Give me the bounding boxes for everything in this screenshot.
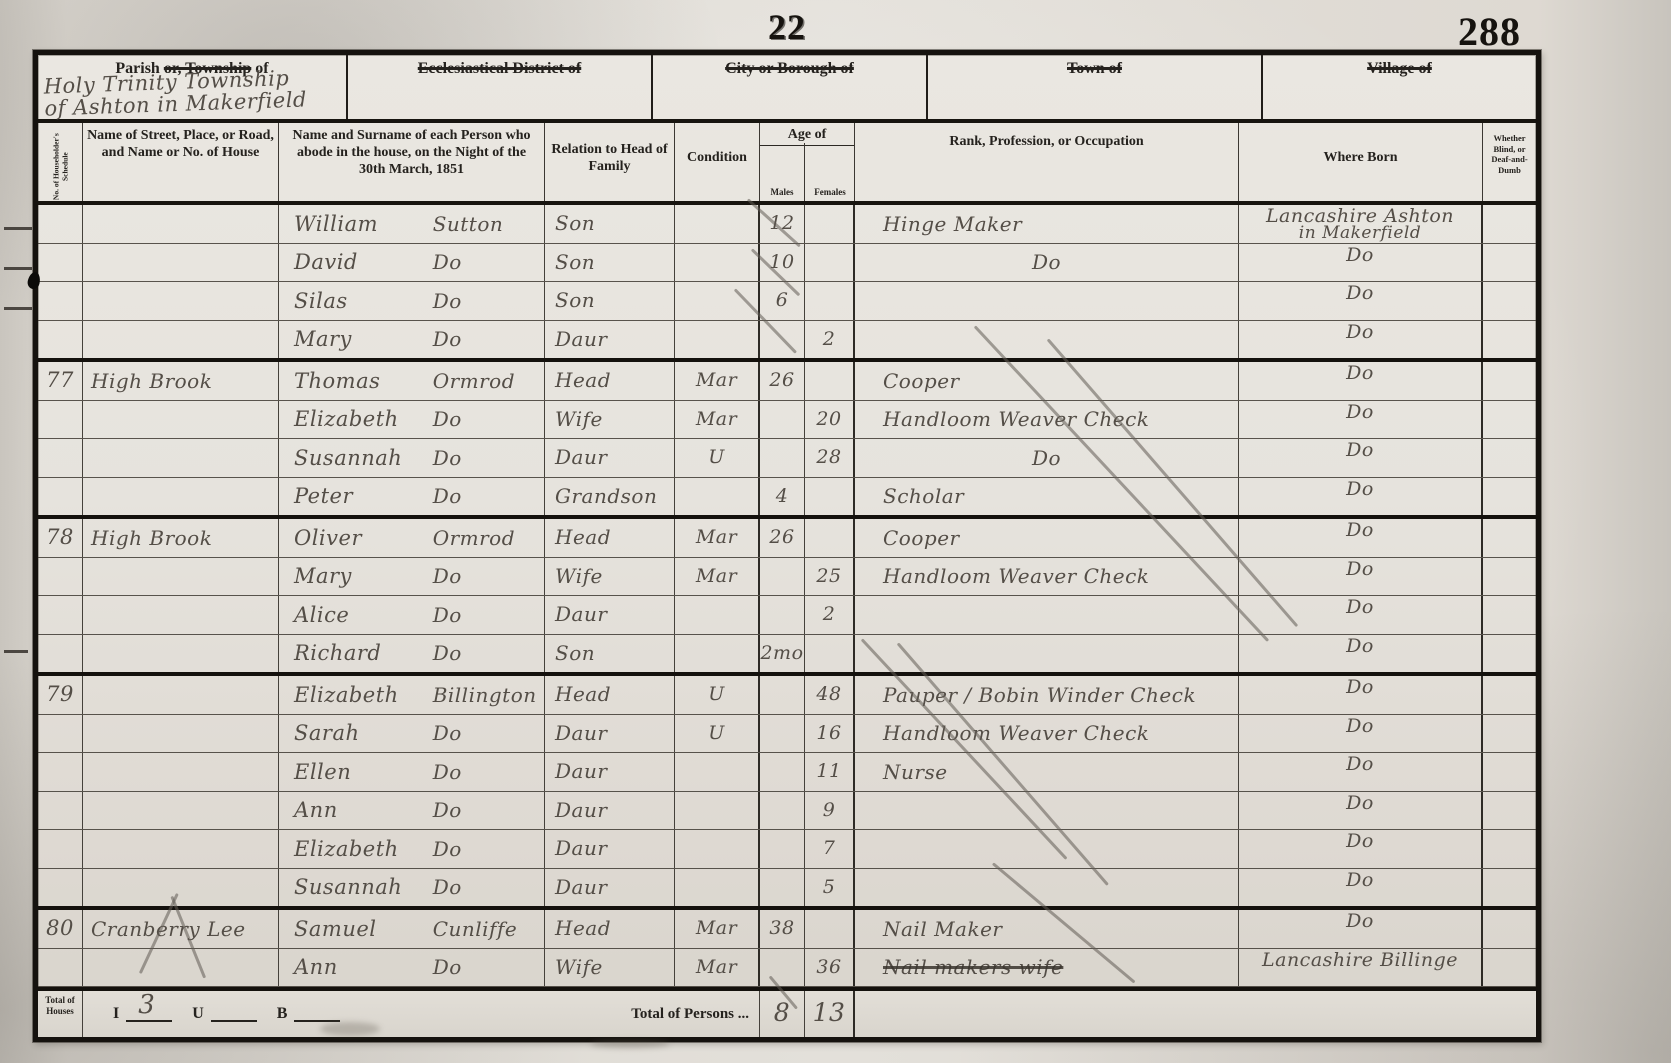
schedule-number-cell <box>38 558 83 596</box>
condition-cell <box>675 753 760 791</box>
infirm-cell <box>1483 478 1536 516</box>
name-cell: Alice Do <box>279 596 545 634</box>
col-header-age: Age of Males Females <box>760 123 855 201</box>
age-males-cell <box>760 401 805 439</box>
condition-cell <box>675 478 760 516</box>
street-cell: High Brook <box>83 362 279 400</box>
relation-cell: Head <box>545 362 675 400</box>
relation-cell: Daur <box>545 830 675 868</box>
street-cell <box>83 635 279 673</box>
schedule-number-cell: 77 <box>38 362 83 400</box>
name-cell: Ann Do <box>279 949 545 987</box>
town-header-cell: Town of <box>928 55 1263 119</box>
age-males-cell: 38 <box>760 910 805 948</box>
surname-or-ditto: Do <box>433 327 462 351</box>
tally-line <box>211 1006 257 1022</box>
relation-cell: Daur <box>545 792 675 830</box>
schedule-number-cell <box>38 205 83 243</box>
street-cell <box>83 792 279 830</box>
scan-smudge <box>590 1040 670 1048</box>
age-males-cell <box>760 715 805 753</box>
table-row: Elizabeth Do Wife Mar 20 Handloom Weaver… <box>38 401 1536 440</box>
infirm-cell <box>1483 869 1536 907</box>
infirm-cell <box>1483 910 1536 948</box>
where-born-cell: Do <box>1239 244 1483 282</box>
table-row: Sarah Do Daur U 16 Handloom Weaver Check… <box>38 715 1536 754</box>
age-females-cell <box>805 635 855 673</box>
surname-or-ditto: Ormrod <box>433 526 515 550</box>
age-females-cell <box>805 478 855 516</box>
age-males-cell <box>760 676 805 714</box>
condition-cell <box>675 830 760 868</box>
age-females-cell: 28 <box>805 439 855 477</box>
age-females-cell: 25 <box>805 558 855 596</box>
given-name: Elizabeth <box>279 683 433 707</box>
table-row: Silas Do Son 6 Do <box>38 282 1536 321</box>
occupation-cell <box>855 282 1239 320</box>
occupation-cell <box>855 596 1239 634</box>
table-row: Mary Do Wife Mar 25 Handloom Weaver Chec… <box>38 558 1536 597</box>
infirm-cell <box>1483 676 1536 714</box>
infirm-cell <box>1483 715 1536 753</box>
infirm-cell <box>1483 321 1536 359</box>
relation-cell: Daur <box>545 715 675 753</box>
surname-or-ditto: Do <box>433 407 462 431</box>
age-females-cell: 16 <box>805 715 855 753</box>
col-header-infirm: Whether Blind, or Deaf-and-Dumb <box>1483 123 1536 201</box>
where-born-cell: Lancashire Ashton in Makerfield <box>1239 205 1483 243</box>
occupation-cell: Do <box>855 244 1239 282</box>
street-cell <box>83 282 279 320</box>
street-cell <box>83 321 279 359</box>
given-name: Elizabeth <box>279 837 433 861</box>
relation-cell: Son <box>545 244 675 282</box>
surname-or-ditto: Do <box>433 446 462 470</box>
occupation-cell <box>855 869 1239 907</box>
condition-cell: Mar <box>675 362 760 400</box>
ecclesiastical-header-cell: Ecclesiastical District of <box>348 55 653 119</box>
age-females-cell <box>805 362 855 400</box>
given-name: Silas <box>279 289 433 313</box>
occupation-cell: Handloom Weaver Check <box>855 558 1239 596</box>
schedule-number-cell <box>38 439 83 477</box>
age-females-cell: 7 <box>805 830 855 868</box>
tally-letter-building: B <box>277 1005 288 1023</box>
name-cell: Elizabeth Billington <box>279 676 545 714</box>
name-cell: Peter Do <box>279 478 545 516</box>
where-born-cell: Do <box>1239 478 1483 516</box>
infirm-cell <box>1483 439 1536 477</box>
scan-smudge <box>320 1022 380 1036</box>
condition-cell <box>675 635 760 673</box>
margin-dash <box>4 650 28 653</box>
relation-cell: Wife <box>545 401 675 439</box>
schedule-number-cell <box>38 635 83 673</box>
infirm-cell <box>1483 362 1536 400</box>
tally-letter-inhabited: I <box>113 1005 119 1023</box>
age-females-cell <box>805 205 855 243</box>
relation-cell: Wife <box>545 558 675 596</box>
given-name: Elizabeth <box>279 407 433 431</box>
surname-or-ditto: Do <box>433 641 462 665</box>
surname-or-ditto: Billington <box>433 683 537 707</box>
schedule-number-cell <box>38 321 83 359</box>
name-cell: William Sutton <box>279 205 545 243</box>
tally-line <box>294 1006 340 1022</box>
condition-cell: Mar <box>675 949 760 987</box>
schedule-number-cell <box>38 949 83 987</box>
infirm-cell <box>1483 401 1536 439</box>
total-houses-label: Total of Houses <box>38 991 83 1037</box>
houses-tally-cell: I 3 U B Total of Persons ... <box>83 991 760 1037</box>
table-row: Ellen Do Daur 11 Nurse Do <box>38 753 1536 792</box>
infirm-cell <box>1483 596 1536 634</box>
street-cell <box>83 676 279 714</box>
age-males-cell: 26 <box>760 362 805 400</box>
page-number-right: 288 <box>1458 8 1521 55</box>
street-cell <box>83 949 279 987</box>
where-born-cell: Do <box>1239 715 1483 753</box>
table-row: 78 High Brook Oliver Ormrod Head Mar 26 … <box>38 519 1536 558</box>
schedule-number-cell <box>38 244 83 282</box>
surname-or-ditto: Do <box>433 484 462 508</box>
schedule-number-cell: 80 <box>38 910 83 948</box>
given-name: Richard <box>279 641 433 665</box>
name-cell: Susannah Do <box>279 869 545 907</box>
where-born-cell: Do <box>1239 362 1483 400</box>
relation-cell: Son <box>545 282 675 320</box>
occupation-cell: Do <box>855 439 1239 477</box>
given-name: Ann <box>279 955 433 979</box>
schedule-number-cell <box>38 792 83 830</box>
age-females-cell: 2 <box>805 321 855 359</box>
age-males-cell: 6 <box>760 282 805 320</box>
col-header-where-born: Where Born <box>1239 123 1483 201</box>
col-header-males: Males <box>760 143 805 201</box>
relation-cell: Son <box>545 635 675 673</box>
occupation-cell <box>855 792 1239 830</box>
page-number-center: 22 <box>768 6 806 48</box>
age-males-cell <box>760 792 805 830</box>
schedule-number-cell <box>38 830 83 868</box>
village-label: Village of <box>1367 60 1432 77</box>
table-row: David Do Son 10 Do Do <box>38 244 1536 283</box>
street-cell <box>83 439 279 477</box>
given-name: Ellen <box>279 760 433 784</box>
schedule-number-cell <box>38 596 83 634</box>
schedule-number-cell <box>38 753 83 791</box>
surname-or-ditto: Do <box>433 289 462 313</box>
condition-cell: Mar <box>675 558 760 596</box>
relation-cell: Head <box>545 519 675 557</box>
houses-tally-value: 3 <box>138 990 155 1020</box>
where-born-cell: Do <box>1239 519 1483 557</box>
occupation-cell: Nail makers wife <box>855 949 1239 987</box>
surname-or-ditto: Do <box>433 564 462 588</box>
surname-or-ditto: Do <box>433 721 462 745</box>
name-cell: Ann Do <box>279 792 545 830</box>
condition-cell <box>675 596 760 634</box>
street-cell <box>83 830 279 868</box>
given-name: Susannah <box>279 446 433 470</box>
village-header-cell: Village of <box>1263 55 1536 119</box>
given-name: Sarah <box>279 721 433 745</box>
age-females-cell: 5 <box>805 869 855 907</box>
given-name: Thomas <box>279 369 433 393</box>
age-females-cell <box>805 910 855 948</box>
column-header-band: No. of Householder's Schedule Name of St… <box>38 123 1536 205</box>
age-females-cell: 11 <box>805 753 855 791</box>
street-cell <box>83 244 279 282</box>
condition-cell: Mar <box>675 910 760 948</box>
ecclesiastical-label: Ecclesiastical District of <box>418 60 582 77</box>
surname-or-ditto: Sutton <box>433 212 504 236</box>
given-name: Peter <box>279 484 433 508</box>
age-males-cell <box>760 596 805 634</box>
occupation-cell: Cooper <box>855 519 1239 557</box>
name-cell: Elizabeth Do <box>279 401 545 439</box>
schedule-number-cell <box>38 715 83 753</box>
age-males-cell: 26 <box>760 519 805 557</box>
where-born-cell: Lancashire Billinge <box>1239 949 1483 987</box>
occupation-cell: Scholar <box>855 478 1239 516</box>
surname-or-ditto: Do <box>433 760 462 784</box>
age-males-cell <box>760 753 805 791</box>
tally-letter-uninhabited: U <box>192 1005 204 1023</box>
where-born-cell: Do <box>1239 676 1483 714</box>
relation-cell: Wife <box>545 949 675 987</box>
where-born-cell: Do <box>1239 869 1483 907</box>
condition-cell: Mar <box>675 401 760 439</box>
given-name: Ann <box>279 798 433 822</box>
surname-or-ditto: Do <box>433 875 462 899</box>
occupation-cell: Hinge Maker <box>855 205 1239 243</box>
name-cell: Mary Do <box>279 558 545 596</box>
condition-cell: Mar <box>675 519 760 557</box>
name-cell: Ellen Do <box>279 753 545 791</box>
col-header-condition: Condition <box>675 123 760 201</box>
name-cell: David Do <box>279 244 545 282</box>
surname-or-ditto: Do <box>433 798 462 822</box>
where-born-cell: Do <box>1239 792 1483 830</box>
age-females-cell: 20 <box>805 401 855 439</box>
relation-cell: Son <box>545 205 675 243</box>
name-cell: Thomas Ormrod <box>279 362 545 400</box>
place-header-band: Parish or, Township of Holy Trinity Town… <box>38 55 1536 123</box>
street-cell <box>83 558 279 596</box>
table-row: Ann Do Daur 9 Do <box>38 792 1536 831</box>
condition-cell <box>675 321 760 359</box>
city-header-cell: City or Borough of <box>653 55 928 119</box>
table-row: Richard Do Son 2mo Do <box>38 635 1536 677</box>
table-row: 80 Cranberry Lee Samuel Cunliffe Head Ma… <box>38 910 1536 949</box>
age-males-cell <box>760 830 805 868</box>
table-row: Elizabeth Do Daur 7 Do <box>38 830 1536 869</box>
age-males-cell <box>760 869 805 907</box>
age-females-cell: 36 <box>805 949 855 987</box>
where-born-cell: Do <box>1239 321 1483 359</box>
street-cell <box>83 596 279 634</box>
given-name: Alice <box>279 603 433 627</box>
age-males-cell: 2mo <box>760 635 805 673</box>
street-cell <box>83 401 279 439</box>
condition-cell: U <box>675 439 760 477</box>
table-row: 79 Elizabeth Billington Head U 48 Pauper… <box>38 676 1536 715</box>
infirm-cell <box>1483 519 1536 557</box>
infirm-cell <box>1483 558 1536 596</box>
col-header-name: Name and Surname of each Person who abod… <box>279 123 545 201</box>
relation-cell: Daur <box>545 869 675 907</box>
street-cell <box>83 715 279 753</box>
col-header-occupation: Rank, Profession, or Occupation <box>855 123 1239 201</box>
given-name: Samuel <box>279 917 433 941</box>
occupation-cell: Cooper <box>855 362 1239 400</box>
where-born-cell: Do <box>1239 753 1483 791</box>
table-row: Susannah Do Daur 5 Do <box>38 869 1536 911</box>
col-header-relation: Relation to Head of Family <box>545 123 675 201</box>
given-name: David <box>279 250 433 274</box>
parish-header-cell: Parish or, Township of Holy Trinity Town… <box>38 55 348 119</box>
surname-or-ditto: Do <box>433 837 462 861</box>
relation-cell: Head <box>545 910 675 948</box>
schedule-number-cell <box>38 401 83 439</box>
surname-or-ditto: Do <box>433 250 462 274</box>
schedule-number-cell: 78 <box>38 519 83 557</box>
name-cell: Richard Do <box>279 635 545 673</box>
occupation-cell <box>855 635 1239 673</box>
condition-cell: U <box>675 676 760 714</box>
infirm-cell <box>1483 830 1536 868</box>
where-born-cell: Do <box>1239 635 1483 673</box>
city-label: City or Borough of <box>725 60 854 77</box>
condition-cell <box>675 869 760 907</box>
col-header-schedule: No. of Householder's Schedule <box>38 123 83 201</box>
condition-cell <box>675 205 760 243</box>
street-cell: High Brook <box>83 519 279 557</box>
total-males-value: 8 <box>760 991 805 1037</box>
occupation-cell: Nail Maker <box>855 910 1239 948</box>
age-males-cell: 4 <box>760 478 805 516</box>
where-born-cell: Do <box>1239 830 1483 868</box>
name-cell: Oliver Ormrod <box>279 519 545 557</box>
col-header-street: Name of Street, Place, or Road, and Name… <box>83 123 279 201</box>
margin-dash <box>4 227 32 230</box>
col-header-females: Females <box>805 187 855 201</box>
relation-cell: Daur <box>545 439 675 477</box>
where-born-cell: Do <box>1239 558 1483 596</box>
age-females-cell <box>805 519 855 557</box>
where-born-cell: Do <box>1239 910 1483 948</box>
street-cell <box>83 478 279 516</box>
occupation-cell: Nurse <box>855 753 1239 791</box>
infirm-cell <box>1483 635 1536 673</box>
age-females-cell: 9 <box>805 792 855 830</box>
relation-cell: Daur <box>545 321 675 359</box>
schedule-number-cell <box>38 282 83 320</box>
town-label: Town of <box>1067 60 1122 77</box>
condition-cell <box>675 792 760 830</box>
infirm-cell <box>1483 753 1536 791</box>
street-cell <box>83 753 279 791</box>
age-males-cell <box>760 558 805 596</box>
tally-line: 3 <box>126 1006 172 1022</box>
table-row: William Sutton Son 12 Hinge Maker Lancas… <box>38 205 1536 244</box>
age-females-cell: 2 <box>805 596 855 634</box>
table-row: Alice Do Daur 2 Do <box>38 596 1536 635</box>
given-name: Oliver <box>279 526 433 550</box>
surname-or-ditto: Do <box>433 955 462 979</box>
given-name: William <box>279 212 433 236</box>
where-born-cell: Do <box>1239 401 1483 439</box>
surname-or-ditto: Ormrod <box>433 369 515 393</box>
relation-cell: Head <box>545 676 675 714</box>
name-cell: Sarah Do <box>279 715 545 753</box>
total-persons-label: Total of Persons ... <box>631 1006 749 1023</box>
infirm-cell <box>1483 792 1536 830</box>
schedule-number-cell <box>38 478 83 516</box>
relation-cell: Grandson <box>545 478 675 516</box>
table-row: Peter Do Grandson 4 Scholar Do <box>38 478 1536 520</box>
given-name: Mary <box>279 327 433 351</box>
name-cell: Mary Do <box>279 321 545 359</box>
name-cell: Samuel Cunliffe <box>279 910 545 948</box>
table-row: 77 High Brook Thomas Ormrod Head Mar 26 … <box>38 362 1536 401</box>
condition-cell: U <box>675 715 760 753</box>
relation-cell: Daur <box>545 753 675 791</box>
parish-handwritten-value: Holy Trinity Township of Ashton in Maker… <box>43 66 307 119</box>
schedule-number-cell: 79 <box>38 676 83 714</box>
rows-container: William Sutton Son 12 Hinge Maker Lancas… <box>38 205 1536 987</box>
age-females-cell <box>805 244 855 282</box>
street-cell <box>83 869 279 907</box>
margin-dash <box>4 307 32 310</box>
infirm-cell <box>1483 205 1536 243</box>
age-males-cell <box>760 439 805 477</box>
condition-cell <box>675 244 760 282</box>
name-cell: Silas Do <box>279 282 545 320</box>
name-cell: Elizabeth Do <box>279 830 545 868</box>
margin-dash <box>4 267 32 270</box>
occupation-cell: Handloom Weaver Check <box>855 715 1239 753</box>
table-row: Ann Do Wife Mar 36 Nail makers wife Lanc… <box>38 949 1536 988</box>
totals-empty-cell <box>855 991 1536 1037</box>
age-males-cell: 12 <box>760 205 805 243</box>
infirm-cell <box>1483 244 1536 282</box>
surname-or-ditto: Cunliffe <box>433 917 518 941</box>
surname-or-ditto: Do <box>433 603 462 627</box>
name-cell: Susannah Do <box>279 439 545 477</box>
total-females-value: 13 <box>805 991 855 1037</box>
age-females-cell: 48 <box>805 676 855 714</box>
street-cell <box>83 205 279 243</box>
infirm-cell <box>1483 949 1536 987</box>
given-name: Susannah <box>279 875 433 899</box>
census-table: Parish or, Township of Holy Trinity Town… <box>33 50 1541 1042</box>
schedule-number-cell <box>38 869 83 907</box>
infirm-cell <box>1483 282 1536 320</box>
census-page-scan: 22 288 Parish or, Township of Holy Trini… <box>0 0 1671 1063</box>
given-name: Mary <box>279 564 433 588</box>
relation-cell: Daur <box>545 596 675 634</box>
where-born-cell: Do <box>1239 439 1483 477</box>
age-males-cell <box>760 949 805 987</box>
age-females-cell <box>805 282 855 320</box>
where-born-cell: Do <box>1239 282 1483 320</box>
table-row: Susannah Do Daur U 28 Do Do <box>38 439 1536 478</box>
